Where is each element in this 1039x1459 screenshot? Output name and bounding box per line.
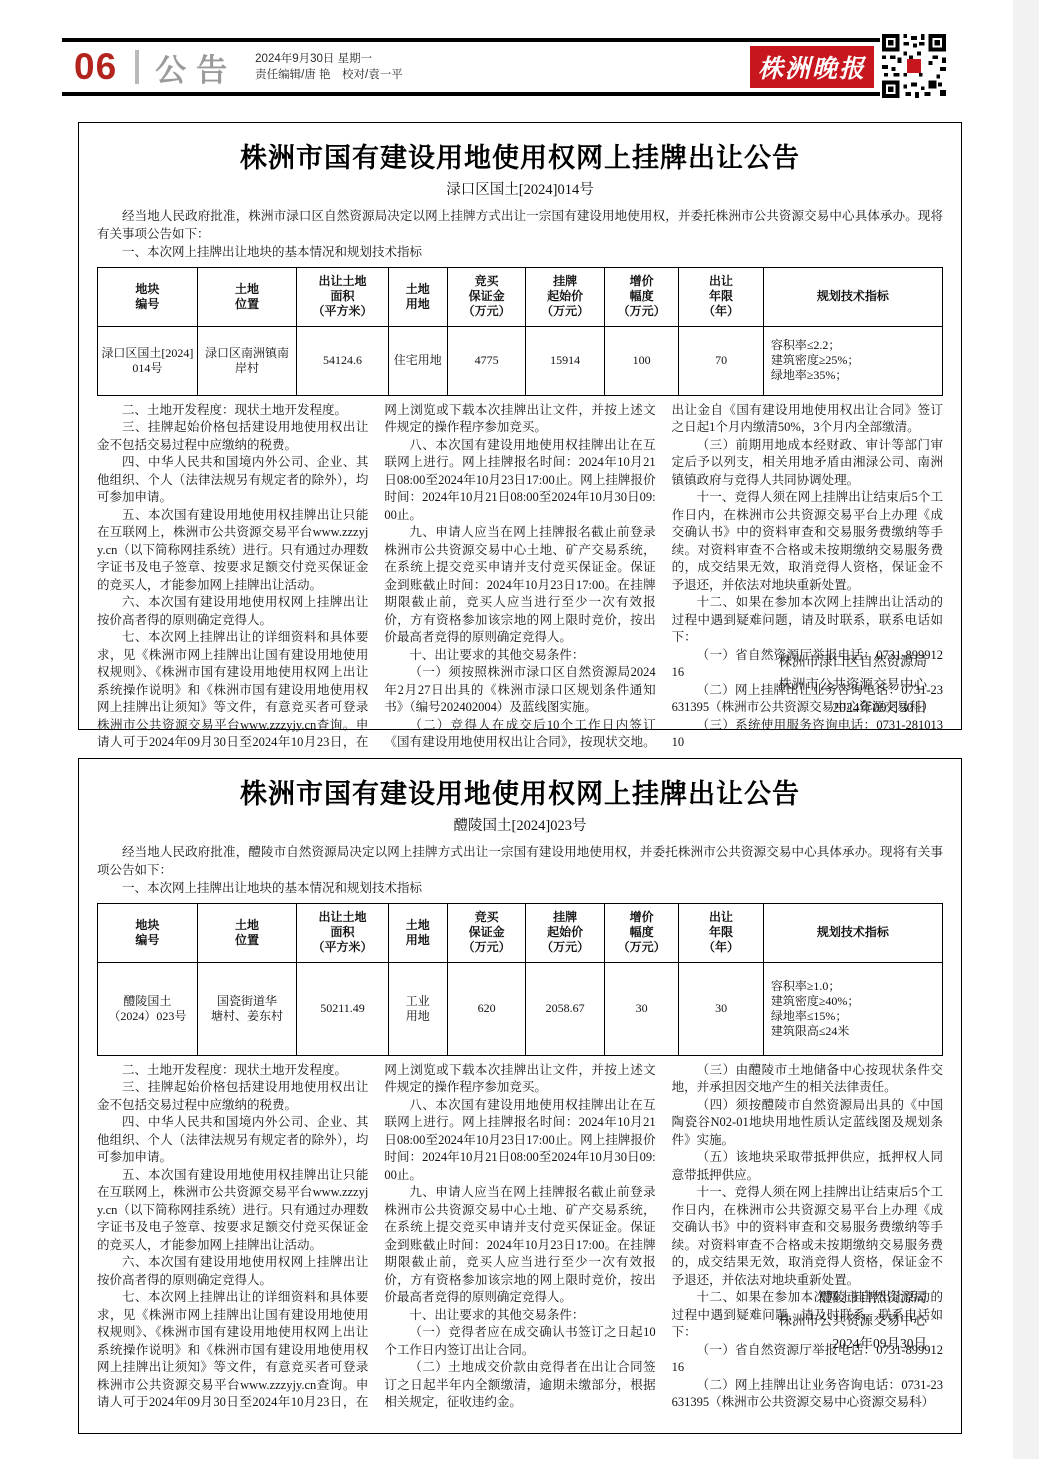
header-deposit: 竞买 保证金 （万元）: [447, 903, 526, 962]
cell-land-use: 工业 用地: [388, 962, 447, 1055]
table-row: 渌口区国土[2024] 014号 渌口区南洲镇南 岸村 54124.6 住宅用地…: [98, 326, 943, 395]
header-parcel-id: 地块 编号: [98, 267, 198, 326]
header-area: 出让土地 面积 （平方米）: [297, 267, 388, 326]
notice-paragraph: （二）土地成交价款由竞得者在出让合同签订之日起半年内全额缴清，逾期未缴部分，根据…: [384, 1359, 655, 1412]
notice-paragraph: （三）由醴陵市土地储备中心按现状条件交地，并承担因交地产生的相关法律责任。: [672, 1062, 943, 1097]
notice-paragraph: 六、本次国有建设用地使用权网上挂牌出让按价高者得的原则确定竞得人。: [97, 594, 368, 629]
notice-liling: 株洲市国有建设用地使用权网上挂牌出让公告 醴陵国土[2024]023号 经当地人…: [78, 758, 962, 1434]
page-header: 06 公告 2024年9月30日 星期一 责任编辑/唐 艳 校对/袁一平 株洲晚…: [62, 38, 880, 96]
notice-paragraph: 三、挂牌起始价格包括建设用地使用权出让金不包括交易过程中应缴纳的税费。: [97, 1079, 368, 1114]
notice-title: 株洲市国有建设用地使用权网上挂牌出让公告: [97, 136, 943, 175]
cell-indicators: 容积率≤2.2； 建筑密度≥25%； 绿地率≥35%；: [763, 326, 942, 395]
cell-indicators: 容积率≥1.0； 建筑密度≥40%； 绿地率≤15%； 建筑限高≤24米: [763, 962, 942, 1055]
cell-deposit: 620: [447, 962, 526, 1055]
land-parcel-table: 地块 编号 土地 位置 出让土地 面积 （平方米） 土地 用地 竞买 保证金 （…: [97, 903, 943, 1056]
notice-paragraph: 十二、如果在参加本次网上挂牌出让活动的过程中遇到疑难问题，请及时联系，联系电话如…: [672, 594, 943, 647]
notice-paragraph: （五）该地块采取带抵押供应，抵押权人同意带抵押供应。: [672, 1149, 943, 1184]
header-start-price: 挂牌 起始价 （万元）: [526, 903, 605, 962]
notice-paragraph: 十、出让要求的其他交易条件：: [384, 647, 655, 665]
notice-paragraph: 四、中华人民共和国境内外公司、企业、其他组织、个人（法律法规另有规定者的除外），…: [97, 1114, 368, 1167]
header-increment: 增价 幅度 （万元）: [604, 267, 678, 326]
notice-paragraph: （一）竞得者应在成交确认书签订之日起10个工作日内签订出让合同。: [384, 1324, 655, 1359]
cell-location: 国瓷街道华 塘村、姜东村: [197, 962, 297, 1055]
notice-paragraph: 二、土地开发程度：现状土地开发程度。: [97, 402, 368, 420]
masthead-qr-code-icon: [882, 33, 946, 99]
cell-area: 50211.49: [297, 962, 388, 1055]
header-divider: [135, 50, 139, 84]
header-location: 土地 位置: [197, 267, 297, 326]
header-indicators: 规划技术指标: [763, 267, 942, 326]
notice-paragraph: （三）前期用地成本经财政、审计等部门审定后予以列支，相关用地矛盾由湘渌公司、南洲…: [672, 437, 943, 490]
notice-intro: 经当地人民政府批准，株洲市渌口区自然资源局决定以网上挂牌方式出让一宗国有建设用地…: [97, 208, 943, 243]
notice-paragraph: 八、本次国有建设用地使用权挂牌出让在互联网上进行。网上挂牌报名时间：2024年1…: [384, 1097, 655, 1185]
cell-start-price: 2058.67: [526, 962, 605, 1055]
header-land-use: 土地 用地: [388, 267, 447, 326]
header-indicators: 规划技术指标: [763, 903, 942, 962]
notice-body-columns: 二、土地开发程度：现状土地开发程度。三、挂牌起始价格包括建设用地使用权出让金不包…: [97, 1062, 943, 1444]
header-deposit: 竞买 保证金 （万元）: [447, 267, 526, 326]
header-location: 土地 位置: [197, 903, 297, 962]
notice-paragraph: 三、挂牌起始价格包括建设用地使用权出让金不包括交易过程中应缴纳的税费。: [97, 419, 368, 454]
notice-intro: 经当地人民政府批准，醴陵市自然资源局决定以网上挂牌方式出让一宗国有建设用地使用权…: [97, 844, 943, 879]
signoff-line: 株洲市公共资源交易中心: [779, 1309, 928, 1332]
notice-paragraph: 八、本次国有建设用地使用权挂牌出让在互联网上进行。网上挂牌报名时间：2024年1…: [384, 437, 655, 525]
notice-doc-number: 醴陵国土[2024]023号: [97, 814, 943, 835]
notice-paragraph: 六、本次国有建设用地使用权网上挂牌出让按价高者得的原则确定竞得人。: [97, 1254, 368, 1289]
notice-paragraph: 九、申请人应当在网上挂牌报名截止前登录株洲市公共资源交易中心土地、矿产交易系统，…: [384, 1184, 655, 1307]
cell-increment: 100: [604, 326, 678, 395]
land-parcel-table: 地块 编号 土地 位置 出让土地 面积 （平方米） 土地 用地 竞买 保证金 （…: [97, 267, 943, 396]
notice-paragraph: 五、本次国有建设用地使用权挂牌出让只能在互联网上，株洲市公共资源交易平台www.…: [97, 507, 368, 595]
header-parcel-id: 地块 编号: [98, 903, 198, 962]
header-land-use: 土地 用地: [388, 903, 447, 962]
signoff-line: 株洲市渌口区自然资源局: [779, 650, 928, 673]
signoff-line: 2024年09月30日: [779, 696, 928, 719]
notice-paragraph: 五、本次国有建设用地使用权挂牌出让只能在互联网上，株洲市公共资源交易平台www.…: [97, 1167, 368, 1255]
cell-term: 30: [679, 962, 764, 1055]
table-header-row: 地块 编号 土地 位置 出让土地 面积 （平方米） 土地 用地 竞买 保证金 （…: [98, 267, 943, 326]
notice-paragraph: 十一、竞得人须在网上挂牌出让结束后5个工作日内，在株洲市公共资源交易平台上办理《…: [672, 1184, 943, 1289]
notice-signoff: 醴陵市自然资源局株洲市公共资源交易中心2024年09月30日: [779, 1286, 928, 1355]
signoff-line: 株洲市公共资源交易中心: [779, 673, 928, 696]
cell-location: 渌口区南洲镇南 岸村: [197, 326, 297, 395]
cell-term: 70: [679, 326, 764, 395]
issue-date: 2024年9月30日 星期一: [255, 51, 403, 67]
table-row: 醴陵国土 （2024）023号 国瓷街道华 塘村、姜东村 50211.49 工业…: [98, 962, 943, 1055]
masthead-logo: 株洲晚报: [750, 46, 874, 88]
cell-parcel-id: 渌口区国土[2024] 014号: [98, 326, 198, 395]
cell-increment: 30: [604, 962, 678, 1055]
notice-paragraph: 四、中华人民共和国境内外公司、企业、其他组织、个人（法律法规另有规定者的除外），…: [97, 454, 368, 507]
notice-paragraph: 九、申请人应当在网上挂牌报名截止前登录株洲市公共资源交易中心土地、矿产交易系统，…: [384, 524, 655, 647]
header-area: 出让土地 面积 （平方米）: [297, 903, 388, 962]
notice-paragraph: （二）网上挂牌出让业务咨询电话：0731-23631395（株洲市公共资源交易中…: [672, 1377, 943, 1412]
signoff-line: 2024年09月30日: [779, 1332, 928, 1355]
section-title: 公告: [155, 45, 237, 90]
page-number: 06: [74, 46, 117, 88]
signoff-line: 醴陵市自然资源局: [779, 1286, 928, 1309]
table-header-row: 地块 编号 土地 位置 出让土地 面积 （平方米） 土地 用地 竞买 保证金 （…: [98, 903, 943, 962]
notice-lukou: 株洲市国有建设用地使用权网上挂牌出让公告 渌口区国土[2024]014号 经当地…: [78, 122, 962, 730]
header-start-price: 挂牌 起始价 （万元）: [526, 267, 605, 326]
header-term: 出让 年限 （年）: [679, 267, 764, 326]
notice-signoff: 株洲市渌口区自然资源局株洲市公共资源交易中心2024年09月30日: [779, 650, 928, 719]
notice-paragraph: 十、出让要求的其他交易条件：: [384, 1307, 655, 1325]
notice-title: 株洲市国有建设用地使用权网上挂牌出让公告: [97, 772, 943, 811]
notice-paragraph: （一）须按照株洲市渌口区自然资源局2024年2月27日出具的《株洲市渌口区规划条…: [384, 664, 655, 717]
notice-doc-number: 渌口区国土[2024]014号: [97, 178, 943, 199]
page-edge-shade: [1013, 0, 1039, 1459]
header-term: 出让 年限 （年）: [679, 903, 764, 962]
notice-paragraph: 十一、竞得人须在网上挂牌出让结束后5个工作日内，在株洲市公共资源交易平台上办理《…: [672, 489, 943, 594]
cell-land-use: 住宅用地: [388, 326, 447, 395]
cell-deposit: 4775: [447, 326, 526, 395]
issue-staff: 责任编辑/唐 艳 校对/袁一平: [255, 67, 403, 83]
issue-info: 2024年9月30日 星期一 责任编辑/唐 艳 校对/袁一平: [255, 51, 403, 83]
cell-area: 54124.6: [297, 326, 388, 395]
notice-paragraph: （四）须按醴陵市自然资源局出具的《中国陶瓷谷N02-01地块用地性质认定蓝线图及…: [672, 1097, 943, 1150]
header-increment: 增价 幅度 （万元）: [604, 903, 678, 962]
cell-parcel-id: 醴陵国土 （2024）023号: [98, 962, 198, 1055]
cell-start-price: 15914: [526, 326, 605, 395]
section-heading: 一、本次网上挂牌出让地块的基本情况和规划技术指标: [97, 244, 943, 262]
notice-paragraph: 二、土地开发程度：现状土地开发程度。: [97, 1062, 368, 1080]
notice-paragraph: （三）系统使用服务咨询电话：0731-28101310: [672, 717, 943, 752]
section-heading: 一、本次网上挂牌出让地块的基本情况和规划技术指标: [97, 880, 943, 898]
